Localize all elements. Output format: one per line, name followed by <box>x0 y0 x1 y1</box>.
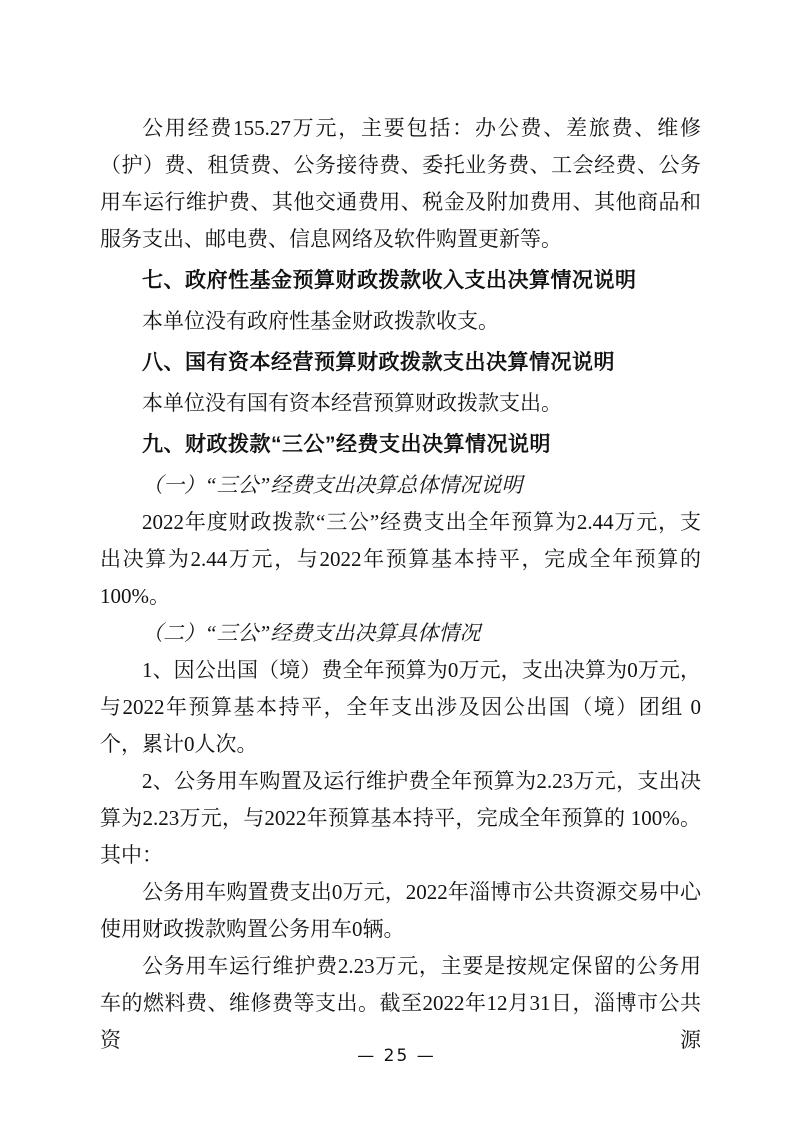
body-paragraph: 公用经费155.27万元，主要包括：办公费、差旅费、维修（护）费、租赁费、公务接… <box>100 110 701 258</box>
body-paragraph: 公务用车运行维护费2.23万元，主要是按规定保留的公务用车的燃料费、维修费等支出… <box>100 948 701 1059</box>
body-paragraph: 1、因公出国（境）费全年预算为0万元，支出决算为0万元，与2022年预算基本持平… <box>100 652 701 763</box>
body-paragraph: 本单位没有国有资本经营预算财政拨款支出。 <box>100 385 701 422</box>
document-page: 公用经费155.27万元，主要包括：办公费、差旅费、维修（护）费、租赁费、公务接… <box>0 0 793 1122</box>
body-paragraph: 公务用车购置费支出0万元，2022年淄博市公共资源交易中心使用财政拨款购置公务用… <box>100 874 701 948</box>
section-heading: 八、国有资本经营预算财政拨款支出决算情况说明 <box>100 344 701 381</box>
sub-heading: （二）“三公”经费支出决算具体情况 <box>100 615 701 652</box>
document-body: 公用经费155.27万元，主要包括：办公费、差旅费、维修（护）费、租赁费、公务接… <box>100 110 701 1059</box>
section-heading: 七、政府性基金预算财政拨款收入支出决算情况说明 <box>100 262 701 299</box>
page-number: — 25 — <box>0 1046 793 1066</box>
body-paragraph: 本单位没有政府性基金财政拨款收支。 <box>100 303 701 340</box>
section-heading: 九、财政拨款“三公”经费支出决算情况说明 <box>100 426 701 463</box>
body-paragraph: 2、公务用车购置及运行维护费全年预算为2.23万元，支出决算为2.23万元，与2… <box>100 763 701 874</box>
sub-heading: （一）“三公”经费支出决算总体情况说明 <box>100 467 701 504</box>
body-paragraph: 2022年度财政拨款“三公”经费支出全年预算为2.44万元，支出决算为2.44万… <box>100 504 701 615</box>
